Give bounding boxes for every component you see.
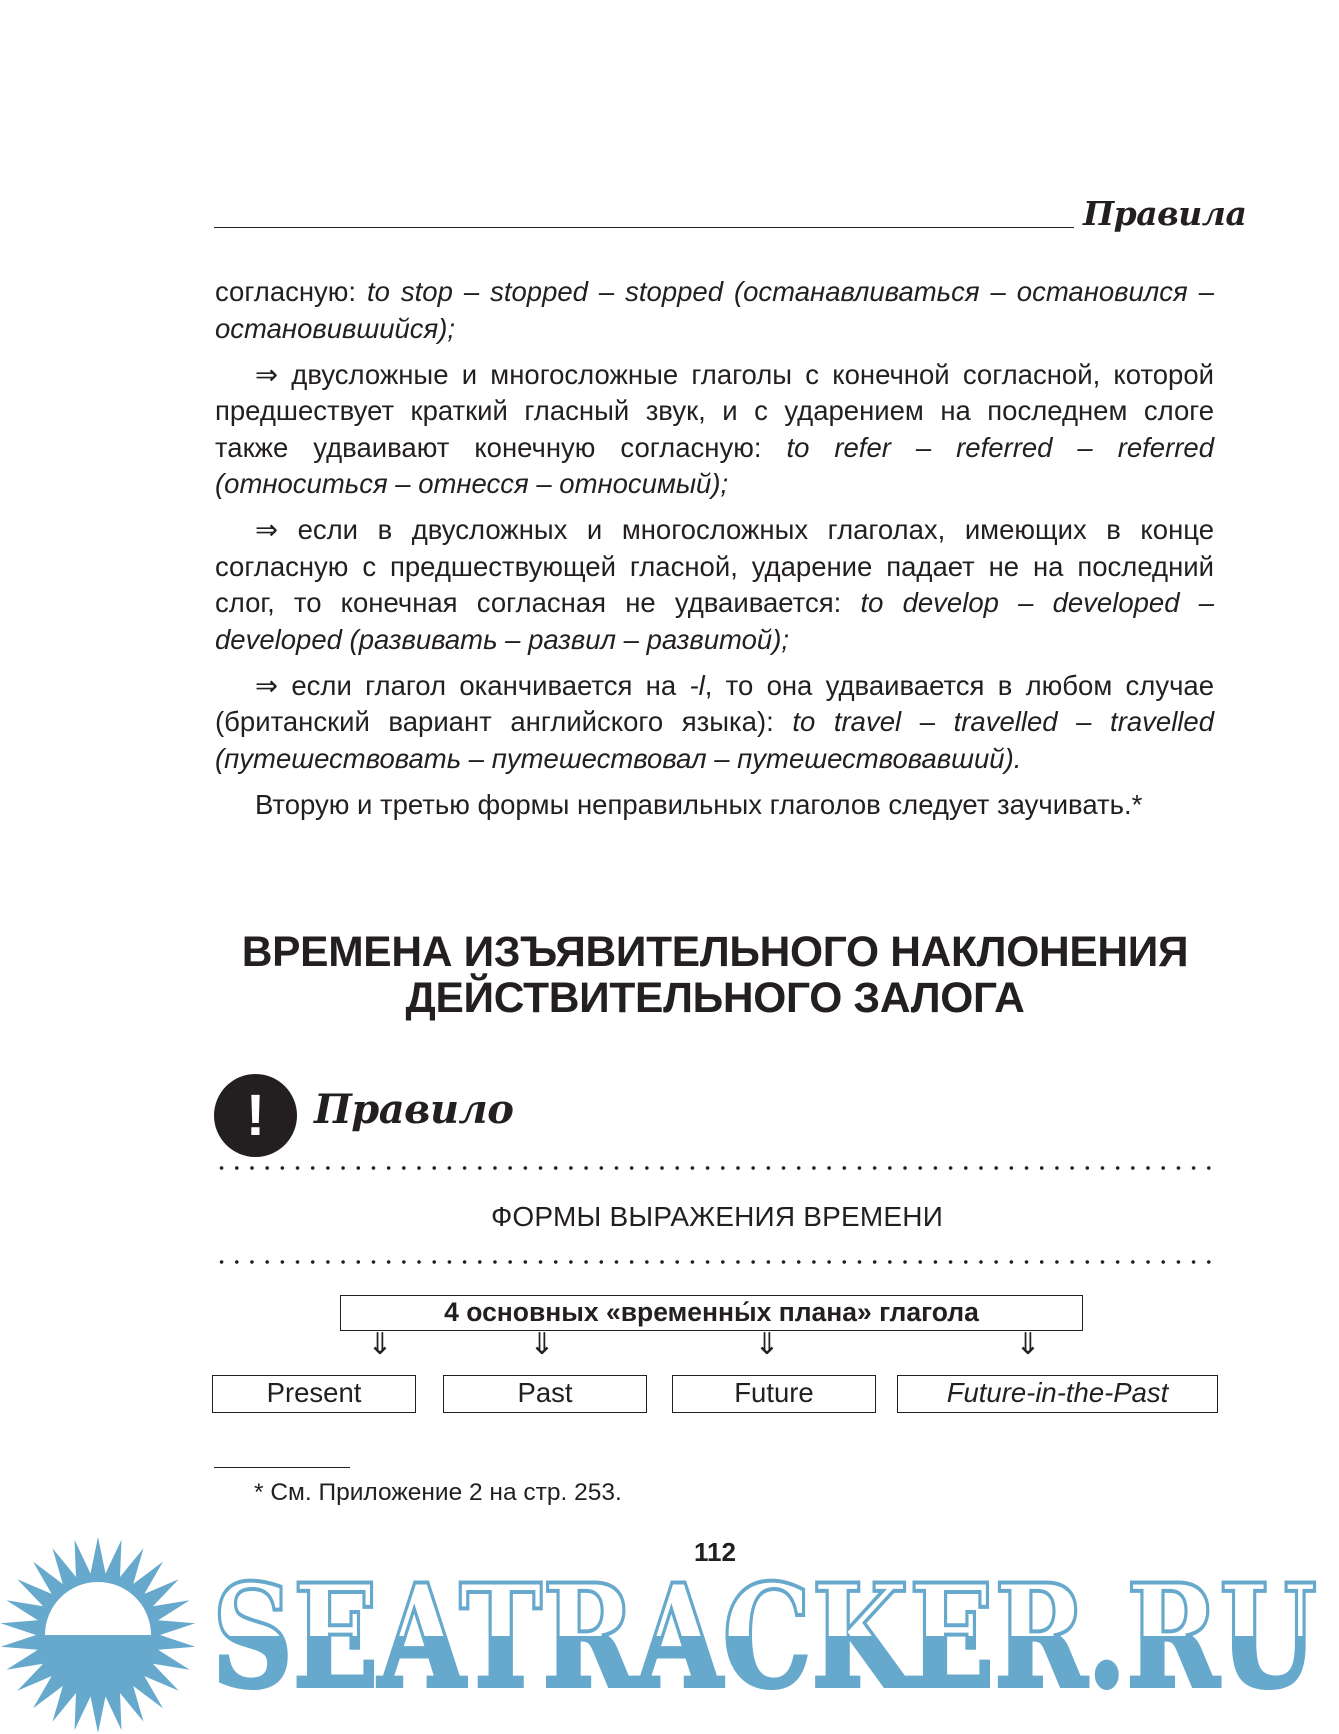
- italic-example: -l: [689, 670, 704, 701]
- rule-title: ФОРМЫ ВЫРАЖЕНИЯ ВРЕМЕНИ: [214, 1200, 1220, 1234]
- body-paragraph: ⇒ если в двусложных и многосложных глаго…: [215, 512, 1214, 658]
- down-double-arrow-icon: ⇓: [752, 1328, 782, 1362]
- section-heading-line-1: ВРЕМЕНА ИЗЪЯВИТЕЛЬНОГО НАКЛОНЕНИЯ: [200, 930, 1230, 976]
- diagram-root-box: 4 основных «временны́х плана» глагола: [340, 1295, 1083, 1331]
- footnote-rule: [214, 1467, 350, 1468]
- tense-box-present: Present: [212, 1375, 416, 1413]
- text-run: Вторую и третью формы неправильных глаго…: [255, 789, 1142, 820]
- text-run: согласную:: [215, 276, 367, 307]
- section-heading-line-2: ДЕЙСТВИТЕЛЬНОГО ЗАЛОГА: [200, 976, 1230, 1022]
- rule-label: Правило: [314, 1086, 514, 1133]
- down-double-arrow-icon: ⇓: [1013, 1328, 1043, 1362]
- text-run: ⇒ если глагол оканчивается на: [255, 670, 689, 701]
- tense-box-future-in-the-past: Future-in-the-Past: [897, 1375, 1218, 1413]
- footnote: * См. Приложение 2 на стр. 253.: [254, 1478, 622, 1508]
- rule-block-header: ! Правило: [214, 1074, 814, 1158]
- body-paragraph: Вторую и третью формы неправильных глаго…: [215, 787, 1214, 824]
- down-double-arrow-icon: ⇓: [365, 1328, 395, 1362]
- tense-box-past: Past: [443, 1375, 647, 1413]
- body-paragraph: согласную: to stop – stopped – stopped (…: [215, 274, 1214, 347]
- body-paragraph: ⇒ если глагол оканчивается на -l, то она…: [215, 668, 1214, 778]
- watermark-text: SEATRACKER.RU SEATRACKER.RU: [212, 1572, 1322, 1697]
- tense-box-future: Future: [672, 1375, 876, 1413]
- sun-logo-icon: [0, 1535, 200, 1734]
- section-heading: ВРЕМЕНА ИЗЪЯВИТЕЛЬНОГО НАКЛОНЕНИЯ ДЕЙСТВ…: [200, 930, 1230, 1022]
- running-head-label: Правила: [1083, 194, 1246, 233]
- dotted-divider-top: [214, 1166, 1220, 1170]
- running-head: Правила: [214, 196, 1220, 236]
- body-paragraph: ⇒ двусложные и многосложные глаголы с ко…: [215, 357, 1214, 503]
- exclamation-icon: !: [214, 1074, 297, 1157]
- header-rule: [214, 227, 1074, 228]
- down-double-arrow-icon: ⇓: [527, 1328, 557, 1362]
- dotted-divider-bottom: [214, 1260, 1220, 1264]
- body-text: согласную: to stop – stopped – stopped (…: [215, 274, 1214, 833]
